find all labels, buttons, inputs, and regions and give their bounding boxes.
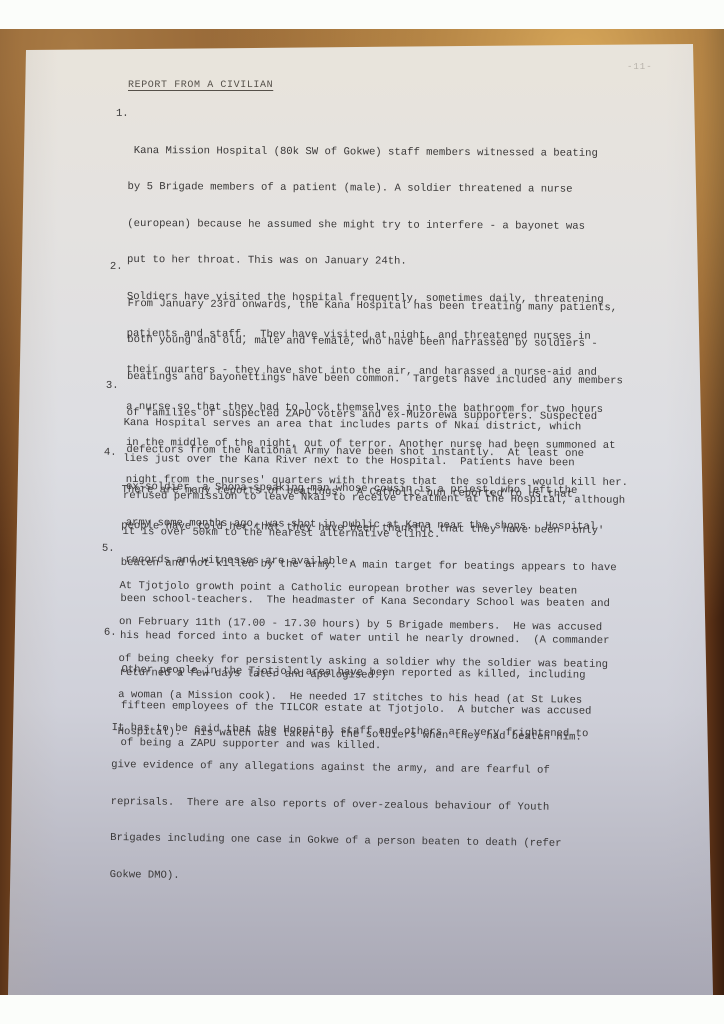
closing-paragraph: It has to be said that the Hospital staf…: [109, 698, 588, 912]
closing-line: give evidence of any allegations against…: [111, 759, 588, 777]
item-line: Kana Hospital serves an area that includ…: [124, 417, 626, 434]
closing-line: Brigades including one case in Gokwe of …: [110, 832, 587, 850]
item-number: 5.: [102, 543, 115, 555]
item-line: From January 23rd onwards, the Kana Hosp…: [128, 298, 624, 315]
item-line: Other people in the Tjotjolo area have b…: [121, 664, 592, 682]
item-line: by 5 Brigade members of a patient (male)…: [127, 181, 629, 196]
item-number: 3.: [106, 380, 119, 392]
item-number: 4.: [104, 447, 117, 459]
item-number: 1.: [116, 108, 129, 120]
item-number: 2.: [110, 261, 123, 273]
paper-sheet: -11- REPORT FROM A CIVILIAN 1. Kana Miss…: [0, 29, 724, 995]
item-line: people have told her that they have been…: [121, 520, 617, 537]
page-number: -11-: [627, 62, 653, 72]
document-title: REPORT FROM A CIVILIAN: [128, 80, 273, 92]
item-line: At Tjotjolo growth point a Catholic euro…: [119, 580, 609, 598]
item-line: (european) because he assumed she might …: [127, 218, 629, 233]
closing-line: reprisals. There are also reports of ove…: [111, 796, 588, 814]
item-line: both young and old, male and female, who…: [127, 334, 623, 351]
document-photo: -11- REPORT FROM A CIVILIAN 1. Kana Miss…: [0, 29, 724, 995]
closing-line: It has to be said that the Hospital staf…: [112, 722, 589, 740]
item-line: Kana Mission Hospital (80k SW of Gokwe) …: [134, 145, 630, 160]
item-number: 6.: [104, 627, 117, 639]
item-line: There are many reports of beatings. A Ca…: [121, 484, 617, 501]
closing-line: Gokwe DMO).: [110, 869, 587, 887]
